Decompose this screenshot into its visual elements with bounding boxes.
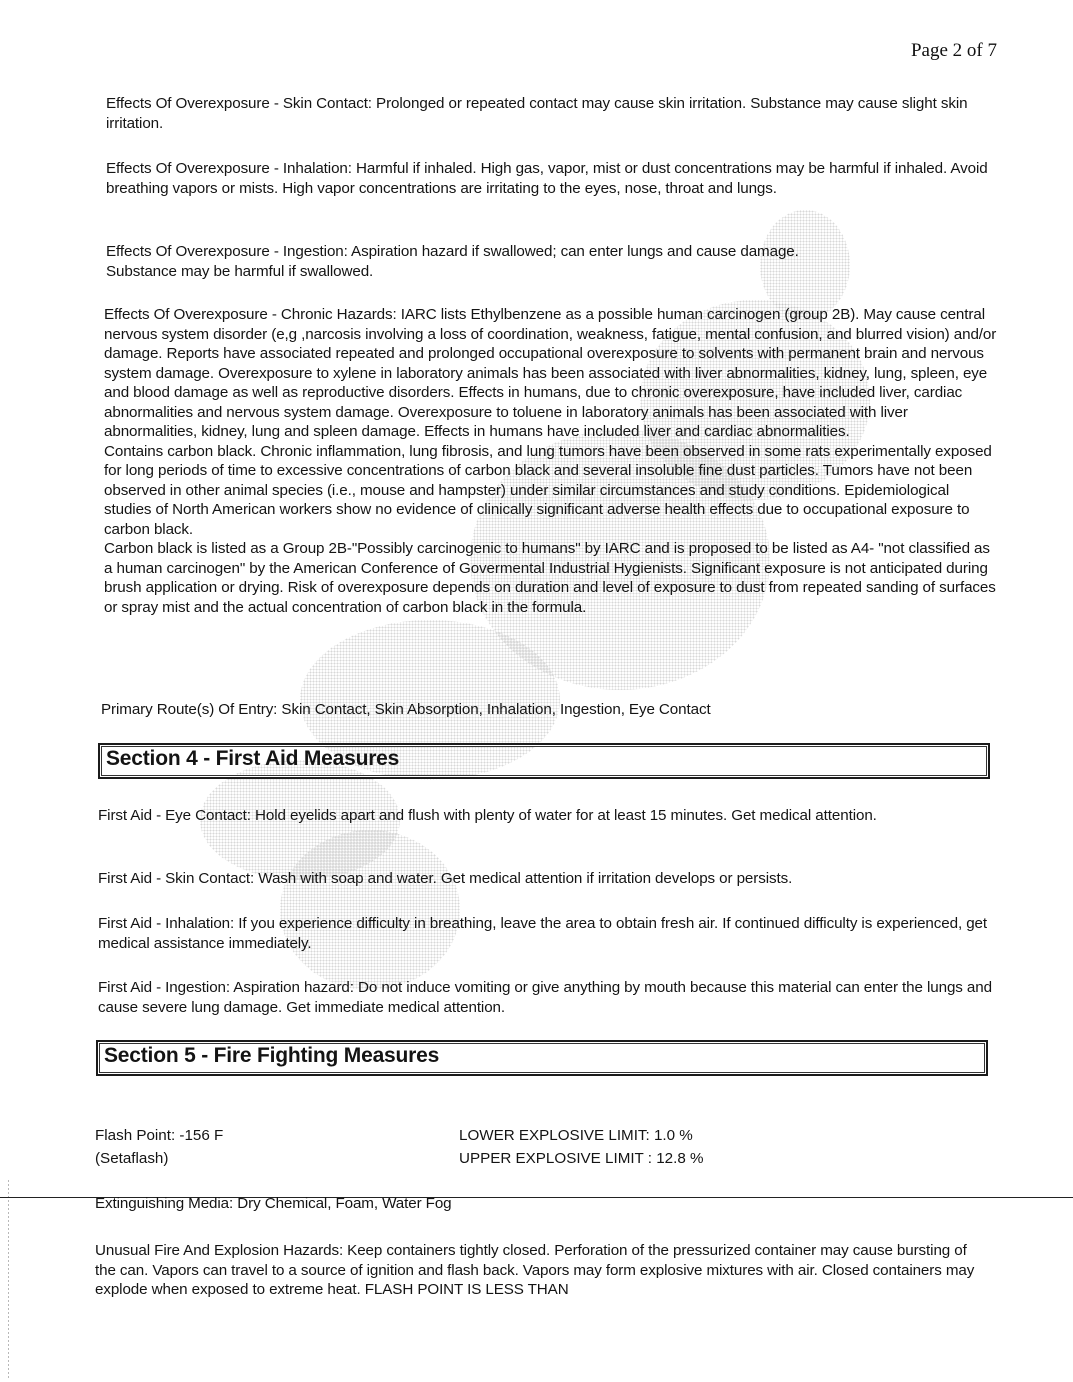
section-5-header: Section 5 - Fire Fighting Measures [96,1040,988,1076]
effects-ingestion: Effects Of Overexposure - Ingestion: Asp… [106,242,1001,281]
effects-inhalation: Effects Of Overexposure - Inhalation: Ha… [106,159,1001,198]
effects-chronic-hazards: Effects Of Overexposure - Chronic Hazard… [104,305,999,617]
watermark-logo [0,0,1073,1382]
lower-explosive-limit: LOWER EXPLOSIVE LIMIT: 1.0 % [459,1124,704,1147]
page-number: Page 2 of 7 [911,40,997,62]
flash-point-block: Flash Point: -156 F (Setaflash) [95,1124,223,1170]
section-4-header: Section 4 - First Aid Measures [98,743,990,779]
flash-point-method: (Setaflash) [95,1147,223,1170]
effects-skin-contact: Effects Of Overexposure - Skin Contact: … [106,94,1001,133]
explosive-limits-block: LOWER EXPLOSIVE LIMIT: 1.0 % UPPER EXPLO… [459,1124,704,1170]
scan-edge-artifact [8,1180,9,1380]
first-aid-eye-contact: First Aid - Eye Contact: Hold eyelids ap… [98,806,993,826]
flash-point: Flash Point: -156 F [95,1124,223,1147]
upper-explosive-limit: UPPER EXPLOSIVE LIMIT : 12.8 % [459,1147,704,1170]
first-aid-inhalation: First Aid - Inhalation: If you experienc… [98,914,993,953]
document-page: Page 2 of 7 Effects Of Overexposure - Sk… [0,0,1073,1382]
first-aid-skin-contact: First Aid - Skin Contact: Wash with soap… [98,869,993,889]
section-4-title: Section 4 - First Aid Measures [106,747,399,771]
first-aid-ingestion: First Aid - Ingestion: Aspiration hazard… [98,978,993,1017]
unusual-fire-hazards: Unusual Fire And Explosion Hazards: Keep… [95,1241,985,1300]
section-5-title: Section 5 - Fire Fighting Measures [104,1044,439,1068]
extinguishing-media: Extinguishing Media: Dry Chemical, Foam,… [95,1194,990,1214]
primary-routes-of-entry: Primary Route(s) Of Entry: Skin Contact,… [101,700,996,720]
